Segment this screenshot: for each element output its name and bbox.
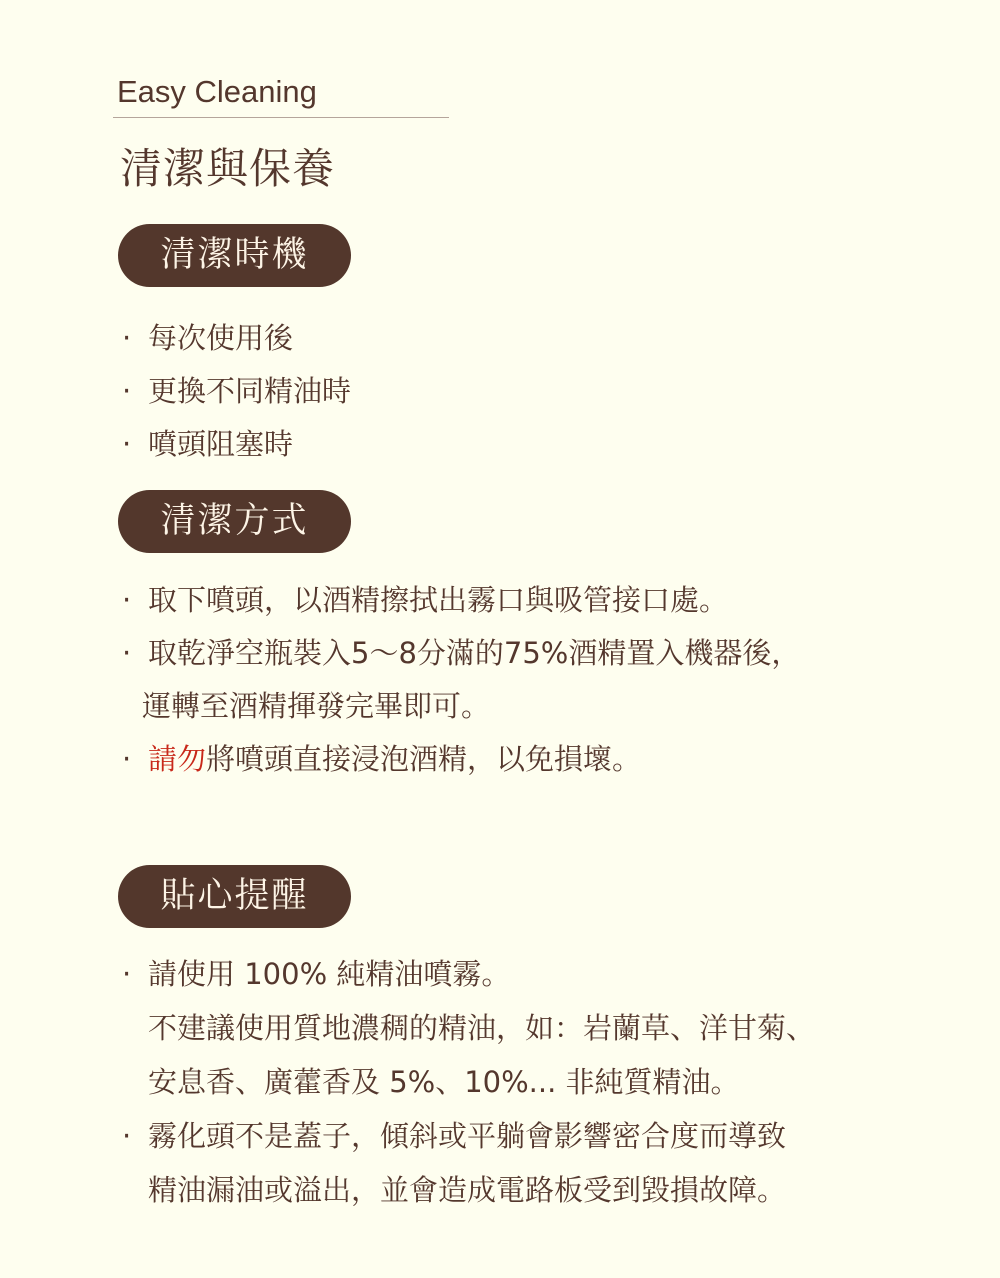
section-heading-cleaning-timing: 清潔時機 (118, 224, 351, 287)
title-divider (113, 117, 449, 118)
list-item: · 霧化頭不是蓋子，傾斜或平躺會影響密合度而導致 精油漏油或溢出，並會造成電路板… (120, 1109, 815, 1217)
section-heading-cleaning-method: 清潔方式 (118, 490, 351, 553)
cleaning-timing-list: · 每次使用後 · 更換不同精油時 · 噴頭阻塞時 (120, 312, 351, 471)
list-item-text: 霧化頭不是蓋子，傾斜或平躺會影響密合度而導致 (148, 1109, 815, 1163)
section-heading-reminders: 貼心提醒 (118, 865, 351, 928)
page-title: 清潔與保養 (120, 136, 335, 196)
bullet-dot-icon: · (122, 574, 131, 627)
bullet-dot-icon: · (122, 947, 131, 1001)
bullet-dot-icon: · (122, 312, 131, 365)
list-item-text: 取下噴頭，以酒精擦拭出霧口與吸管接口處。 (148, 574, 800, 627)
list-item: · 噴頭阻塞時 (120, 418, 351, 471)
list-item-text-continued: 安息香、廣藿香及 5%、10%... 非純質精油。 (148, 1055, 815, 1109)
list-item-text-wrapper: 請勿將噴頭直接浸泡酒精，以免損壞。 (148, 733, 800, 786)
warning-text-do-not: 請勿 (148, 742, 206, 776)
list-item-text-continued: 運轉至酒精揮發完畢即可。 (142, 680, 800, 733)
list-item-text: 噴頭阻塞時 (148, 418, 351, 471)
list-item: · 取乾淨空瓶裝入5〜8分滿的75%酒精置入機器後， 運轉至酒精揮發完畢即可。 (120, 627, 800, 733)
list-item: · 取下噴頭，以酒精擦拭出霧口與吸管接口處。 (120, 574, 800, 627)
bullet-dot-icon: · (122, 627, 131, 680)
cleaning-method-list: · 取下噴頭，以酒精擦拭出霧口與吸管接口處。 · 取乾淨空瓶裝入5〜8分滿的75… (120, 574, 800, 786)
bullet-dot-icon: · (122, 733, 131, 786)
subtitle-en: Easy Cleaning (117, 74, 317, 110)
list-item: · 更換不同精油時 (120, 365, 351, 418)
bullet-dot-icon: · (122, 1109, 131, 1163)
reminders-list: · 請使用 100% 純精油噴霧。 不建議使用質地濃稠的精油，如：岩蘭草、洋甘菊… (120, 947, 815, 1217)
list-item-text: 將噴頭直接浸泡酒精，以免損壞。 (206, 742, 641, 776)
list-item: · 請使用 100% 純精油噴霧。 不建議使用質地濃稠的精油，如：岩蘭草、洋甘菊… (120, 947, 815, 1109)
list-item: · 每次使用後 (120, 312, 351, 365)
list-item-text: 請使用 100% 純精油噴霧。 (148, 947, 815, 1001)
bullet-dot-icon: · (122, 365, 131, 418)
list-item-text: 更換不同精油時 (148, 365, 351, 418)
list-item-text: 每次使用後 (148, 312, 351, 365)
list-item: · 請勿將噴頭直接浸泡酒精，以免損壞。 (120, 733, 800, 786)
bullet-dot-icon: · (122, 418, 131, 471)
list-item-text: 取乾淨空瓶裝入5〜8分滿的75%酒精置入機器後， (148, 627, 800, 680)
list-item-text-continued: 精油漏油或溢出，並會造成電路板受到毀損故障。 (148, 1163, 815, 1217)
list-item-text-continued: 不建議使用質地濃稠的精油，如：岩蘭草、洋甘菊、 (148, 1001, 815, 1055)
